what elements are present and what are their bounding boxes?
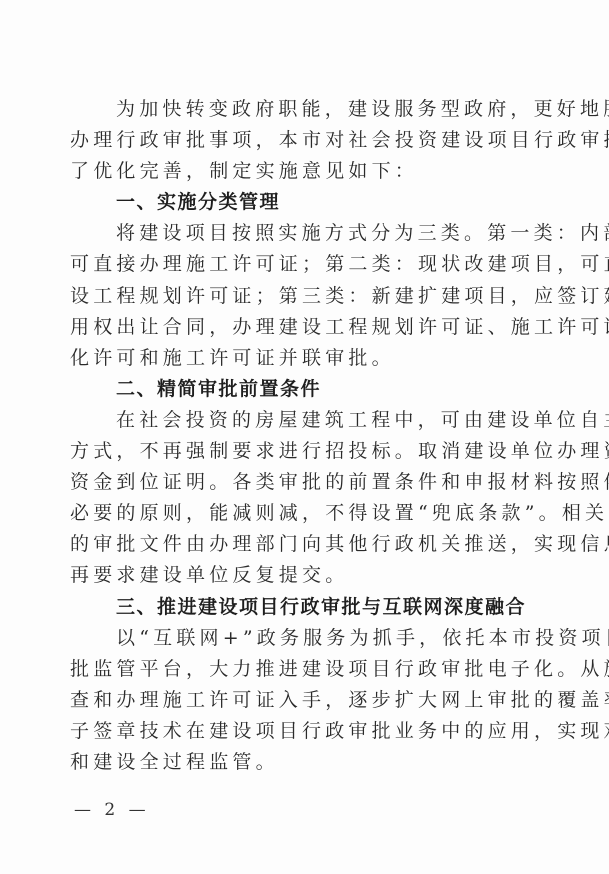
intro-line: 了优化完善，制定实施意见如下： [70, 156, 540, 187]
section-heading: 三、推进建设项目行政审批与互联网深度融合 [70, 592, 540, 623]
document-page: 为加快转变政府职能，建设服务型政府，更好地服务于企业 办理行政审批事项，本市对社… [70, 94, 540, 778]
body-line: 和建设全过程监管。 [70, 747, 540, 778]
body-line: 将建设项目按照实施方式分为三类。第一类：内部改造项目， [70, 218, 540, 249]
body-line: 化许可和施工许可证并联审批。 [70, 343, 540, 374]
body-line: 子签章技术在建设项目行政审批业务中的应用，实现对项目审批 [70, 716, 540, 747]
intro-line: 办理行政审批事项，本市对社会投资建设项目行政审批流程进行 [70, 125, 540, 156]
body-line: 资金到位证明。各类审批的前置条件和申报材料按照依法、规范、 [70, 467, 540, 498]
body-line: 必要的原则，能减则减，不得设置“兜底条款”。相关部门核发 [70, 498, 540, 529]
body-line: 设工程规划许可证；第三类：新建扩建项目，应签订建设用地使 [70, 281, 540, 312]
body-line: 方式，不再强制要求进行招投标。取消建设单位办理资金保函或 [70, 436, 540, 467]
body-line: 查和办理施工许可证入手，逐步扩大网上审批的覆盖率，推进电 [70, 685, 540, 716]
body-line: 以“互联网+”政务服务为抓手，依托本市投资项目在线审 [70, 623, 540, 654]
intro-line: 为加快转变政府职能，建设服务型政府，更好地服务于企业 [70, 94, 540, 125]
body-line: 的审批文件由办理部门向其他行政机关推送，实现信息共享，不 [70, 529, 540, 560]
body-line: 可直接办理施工许可证；第二类：现状改建项目，可直接办理建 [70, 249, 540, 280]
body-line: 批监管平台，大力推进建设项目行政审批电子化。从施工图纸审 [70, 654, 540, 685]
section-heading: 一、实施分类管理 [70, 187, 540, 218]
page-number: — 2 — [74, 800, 150, 820]
body-line: 再要求建设单位反复提交。 [70, 560, 540, 591]
body-line: 在社会投资的房屋建筑工程中，可由建设单位自主决定发包 [70, 405, 540, 436]
body-line: 用权出让合同，办理建设工程规划许可证、施工许可证。园林绿 [70, 312, 540, 343]
section-heading: 二、精简审批前置条件 [70, 374, 540, 405]
